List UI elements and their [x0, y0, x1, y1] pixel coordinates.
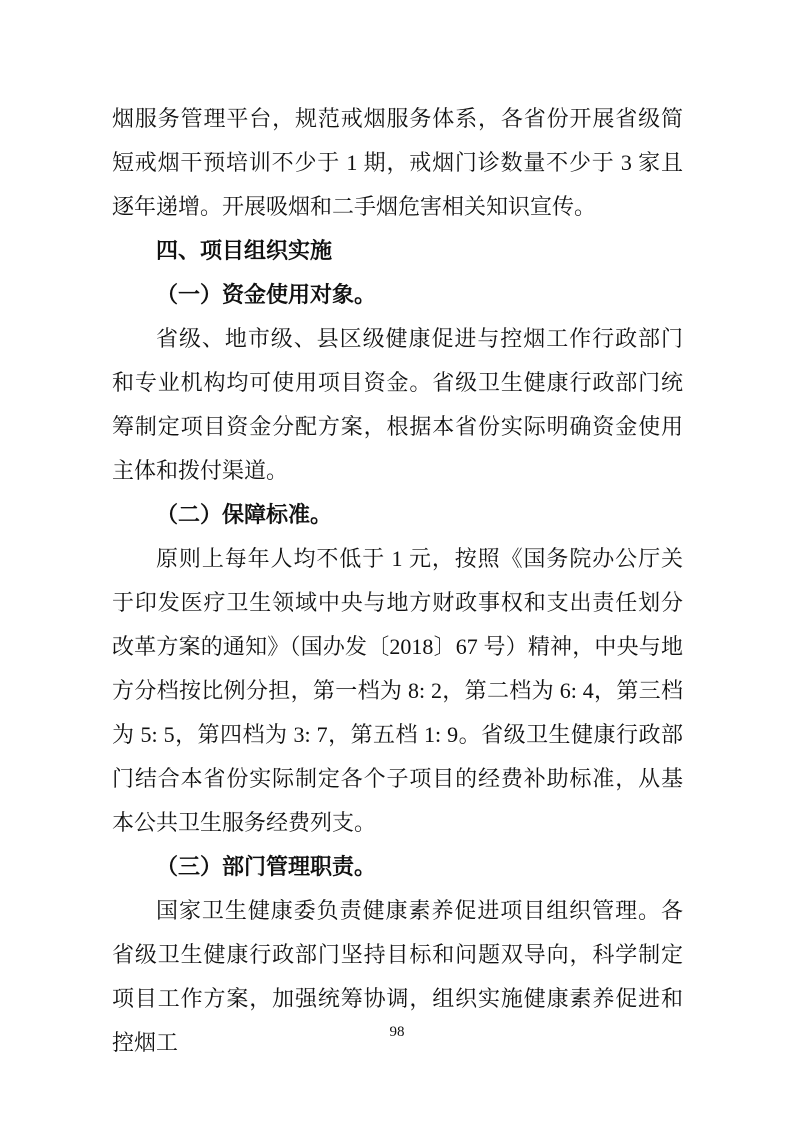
sub-heading-1-funding-usage-targets: （一）资金使用对象。	[112, 273, 683, 317]
document-content: 烟服务管理平台，规范戒烟服务体系，各省份开展省级简短戒烟干预培训不少于 1 期，…	[112, 97, 683, 1065]
section-heading-4-project-implementation: 四、项目组织实施	[112, 229, 683, 273]
document-page: 烟服务管理平台，规范戒烟服务体系，各省份开展省级简短戒烟干预培训不少于 1 期，…	[0, 0, 794, 1122]
sub-heading-2-guarantee-standards: （二）保障标准。	[112, 493, 683, 537]
paragraph-continued-from-previous-page: 烟服务管理平台，规范戒烟服务体系，各省份开展省级简短戒烟干预培训不少于 1 期，…	[112, 97, 683, 229]
sub-heading-3-department-duties: （三）部门管理职责。	[112, 845, 683, 889]
page-number: 98	[0, 1022, 794, 1042]
paragraph-guarantee-standards: 原则上每年人均不低于 1 元，按照《国务院办公厅关于印发医疗卫生领域中央与地方财…	[112, 537, 683, 845]
paragraph-funding-usage: 省级、地市级、县区级健康促进与控烟工作行政部门和专业机构均可使用项目资金。省级卫…	[112, 317, 683, 493]
